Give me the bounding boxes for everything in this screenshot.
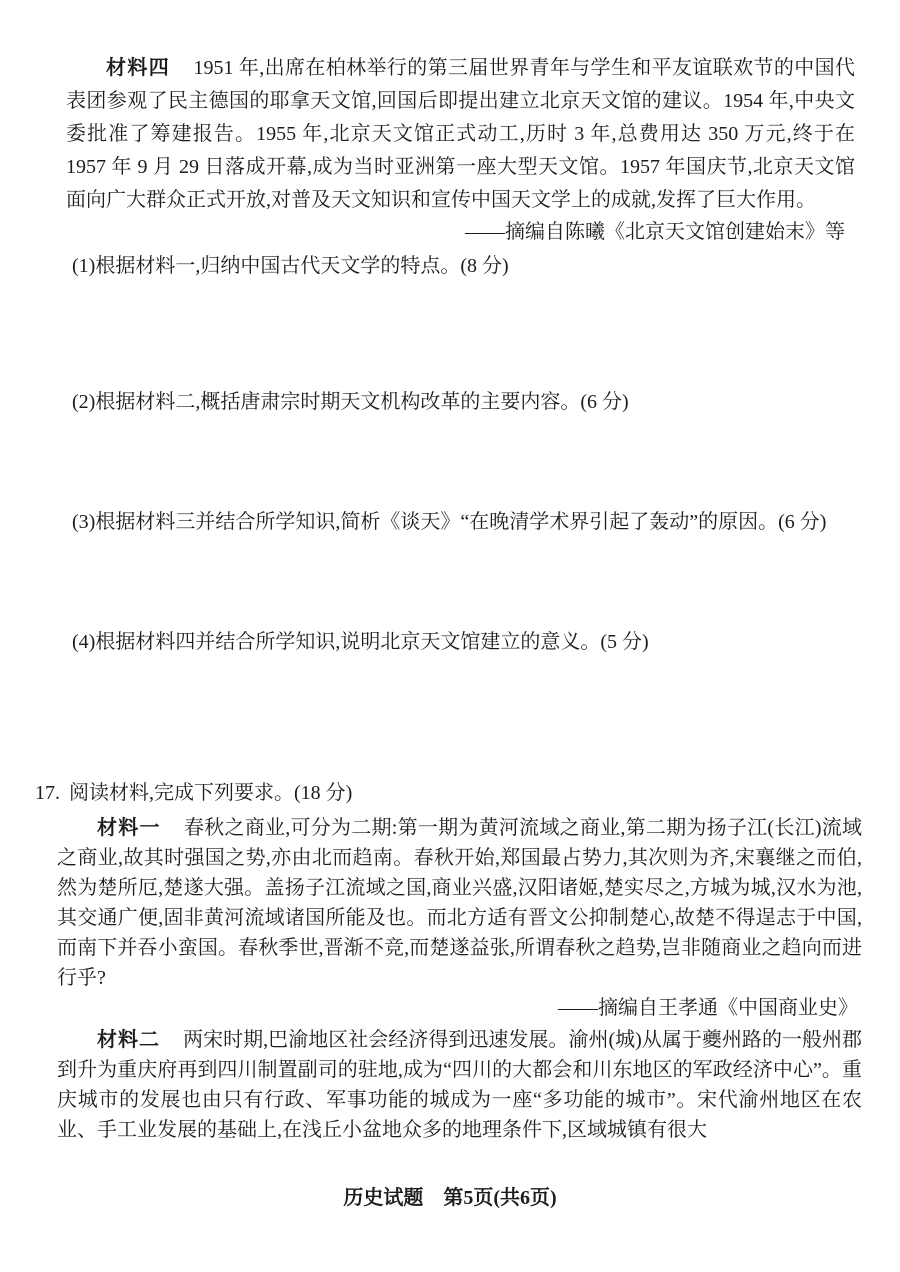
material1-body: 春秋之商业,可分为二期:第一期为黄河流域之商业,第二期为扬子江(长江)流域之商业… — [57, 817, 862, 989]
material4-label: 材料四 — [106, 57, 188, 79]
question17-stem: 17. 阅读材料,完成下列要求。(18 分) — [35, 777, 862, 809]
material4-source: ——摘编自陈曦《北京天文馆创建始末》等 — [66, 217, 855, 247]
material4-body: 1951 年,出席在柏林举行的第三届世界青年与学生和平友谊联欢节的中国代表团参观… — [66, 57, 855, 211]
material1-paragraph: 材料一 春秋之商业,可分为二期:第一期为黄河流域之商业,第二期为扬子江(长江)流… — [57, 813, 862, 993]
material2-paragraph: 材料二 两宋时期,巴渝地区社会经济得到迅速发展。渝州(城)从属于夔州路的一般州郡… — [57, 1025, 862, 1145]
question17-number: 17. — [35, 782, 64, 804]
material2-label: 材料二 — [97, 1029, 178, 1051]
question16-continuation: 材料四 1951 年,出席在柏林举行的第三届世界青年与学生和平友谊联欢节的中国代… — [0, 0, 900, 657]
exam-page: 材料四 1951 年,出席在柏林举行的第三届世界青年与学生和平友谊联欢节的中国代… — [0, 0, 900, 1272]
question17: 17. 阅读材料,完成下列要求。(18 分) 材料一 春秋之商业,可分为二期:第… — [0, 777, 900, 1145]
material2-body: 两宋时期,巴渝地区社会经济得到迅速发展。渝州(城)从属于夔州路的一般州郡到升为重… — [57, 1029, 862, 1141]
question17-stem-text: 阅读材料,完成下列要求。(18 分) — [69, 782, 352, 804]
subquestion-3: (3)根据材料三并结合所学知识,简析《谈天》“在晚清学术界引起了轰动”的原因。(… — [72, 507, 855, 537]
material4-paragraph: 材料四 1951 年,出席在柏林举行的第三届世界青年与学生和平友谊联欢节的中国代… — [66, 52, 855, 217]
subquestion-2: (2)根据材料二,概括唐肃宗时期天文机构改革的主要内容。(6 分) — [72, 387, 855, 417]
material1-label: 材料一 — [97, 817, 179, 839]
subquestion-4: (4)根据材料四并结合所学知识,说明北京天文馆建立的意义。(5 分) — [72, 627, 855, 657]
subquestion-1: (1)根据材料一,归纳中国古代天文学的特点。(8 分) — [72, 251, 855, 281]
material1-source: ——摘编自王孝通《中国商业史》 — [57, 993, 862, 1023]
page-footer: 历史试题 第5页(共6页) — [0, 1186, 900, 1210]
